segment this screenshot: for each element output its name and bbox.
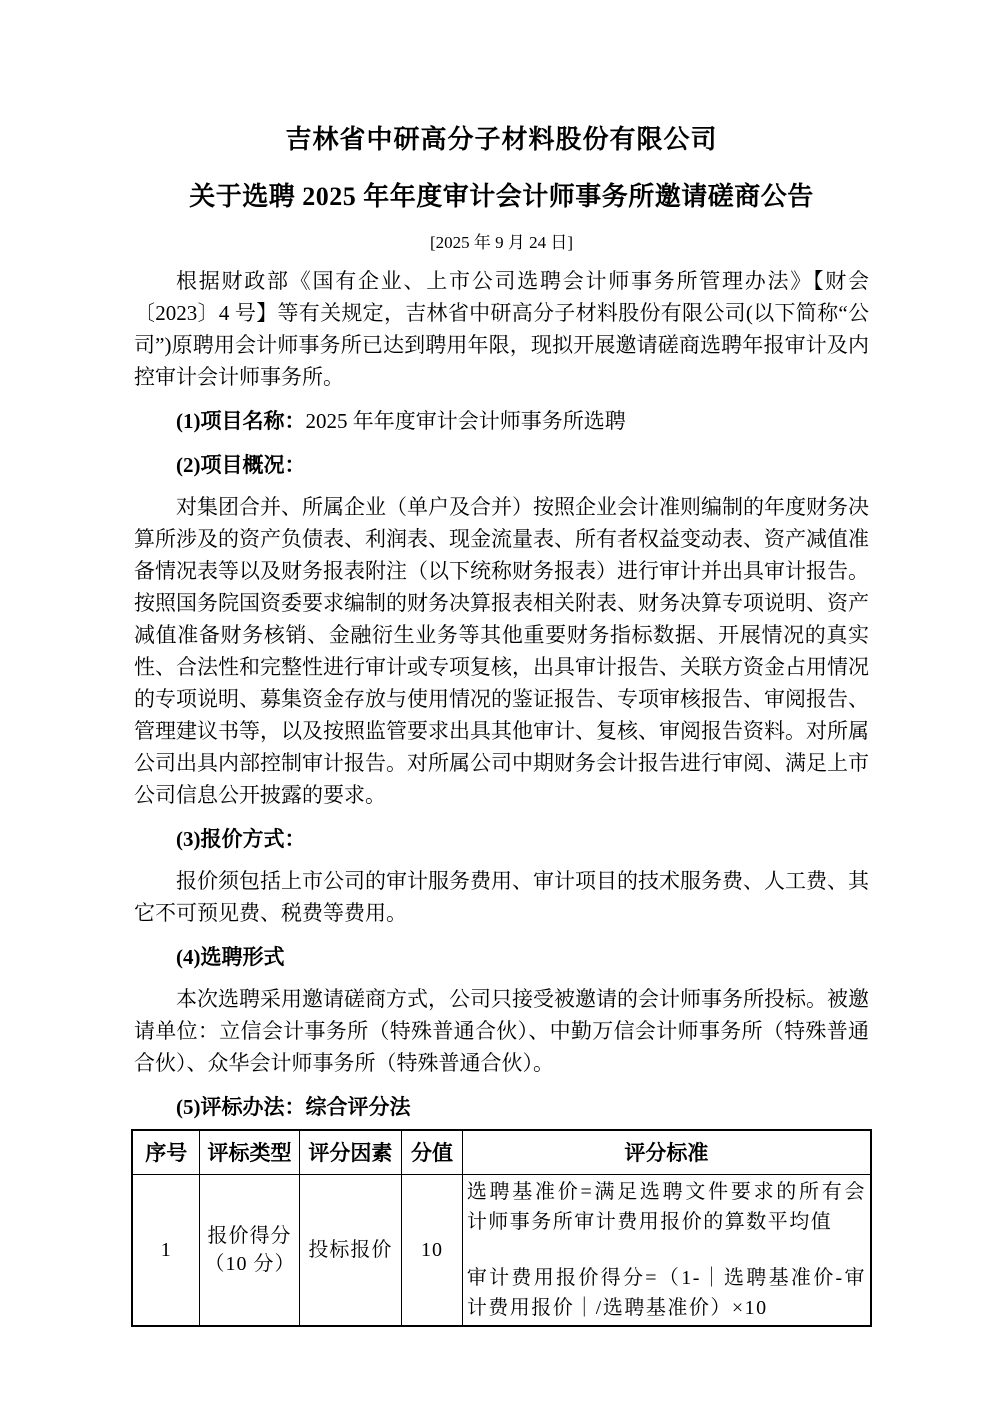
section-5-heading: (5)评标办法：综合评分法 xyxy=(134,1091,869,1123)
table-row: 1 报价得分（10 分） 投标报价 10 选聘基准价=满足选聘文件要求的所有会计… xyxy=(132,1174,871,1326)
section-3-body: 报价须包括上市公司的审计服务费用、审计项目的技术服务费、人工费、其它不可预见费、… xyxy=(134,865,869,929)
table-header-row: 序号 评标类型 评分因素 分值 评分标准 xyxy=(132,1130,871,1174)
criteria-benchmark-definition: 选聘基准价=满足选聘文件要求的所有会计师事务所审计费用报价的算数平均值 xyxy=(467,1177,866,1237)
announcement-date: [2025 年 9 月 24 日] xyxy=(134,231,869,255)
cell-evaluation-type: 报价得分（10 分） xyxy=(200,1174,299,1326)
header-scoring-factor: 评分因素 xyxy=(299,1130,402,1174)
section-1-heading: (1)项目名称：2025 年年度审计会计师事务所选聘 xyxy=(134,405,869,437)
section-1-value: 2025 年年度审计会计师事务所选聘 xyxy=(306,409,626,433)
section-3-heading: (3)报价方式： xyxy=(134,823,869,855)
header-evaluation-type: 评标类型 xyxy=(200,1130,299,1174)
announcement-title: 关于选聘 2025 年年度审计会计师事务所邀请磋商公告 xyxy=(134,179,869,215)
document-page: 吉林省中研高分子材料股份有限公司 关于选聘 2025 年年度审计会计师事务所邀请… xyxy=(0,0,1000,1415)
cell-scoring-factor: 投标报价 xyxy=(299,1174,402,1326)
section-4-body: 本次选聘采用邀请磋商方式，公司只接受被邀请的会计师事务所投标。被邀请单位：立信会… xyxy=(134,983,869,1079)
section-2-heading: (2)项目概况： xyxy=(134,449,869,481)
section-4-heading: (4)选聘形式 xyxy=(134,941,869,973)
section-1-label: (1)项目名称： xyxy=(176,409,306,433)
cell-score-value: 10 xyxy=(402,1174,463,1326)
criteria-score-formula: 审计费用报价得分=（1-｜选聘基准价-审计费用报价｜/选聘基准价）×10 xyxy=(467,1263,866,1323)
section-2-body: 对集团合并、所属企业（单户及合并）按照企业会计准则编制的年度财务决算所涉及的资产… xyxy=(134,491,869,811)
cell-scoring-criteria: 选聘基准价=满足选聘文件要求的所有会计师事务所审计费用报价的算数平均值 审计费用… xyxy=(462,1174,871,1326)
intro-paragraph: 根据财政部《国有企业、上市公司选聘会计师事务所管理办法》【财会〔2023〕4 号… xyxy=(134,265,869,393)
header-scoring-criteria: 评分标准 xyxy=(462,1130,871,1174)
header-score-value: 分值 xyxy=(402,1130,463,1174)
header-serial-number: 序号 xyxy=(132,1130,200,1174)
scoring-method-table: 序号 评标类型 评分因素 分值 评分标准 1 报价得分（10 分） 投标报价 1… xyxy=(131,1129,872,1327)
cell-serial-number: 1 xyxy=(132,1174,200,1326)
company-title: 吉林省中研高分子材料股份有限公司 xyxy=(134,122,869,158)
